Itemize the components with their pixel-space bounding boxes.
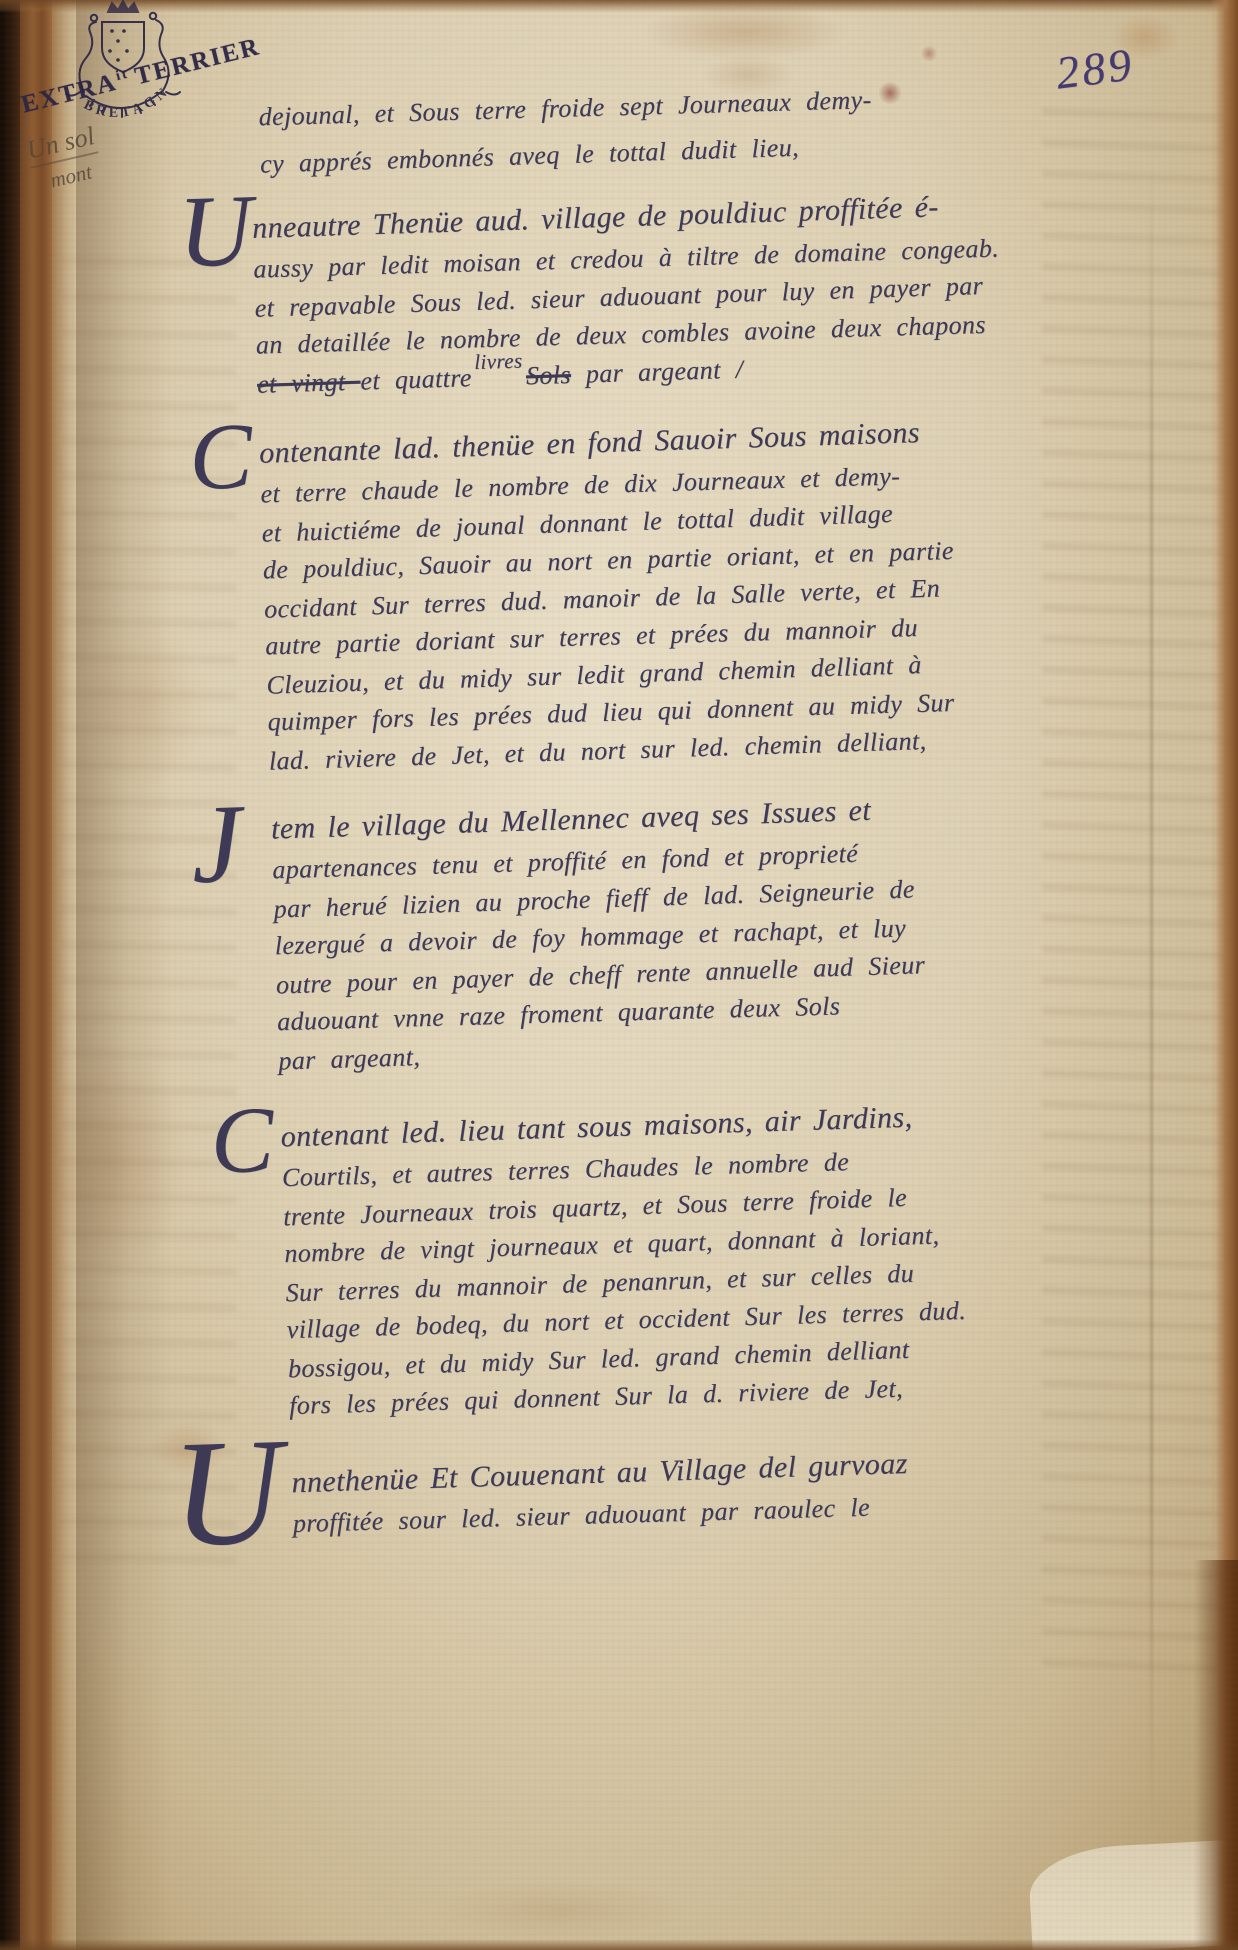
previous-entry-closing-lines: dejounal, et Sous terre froide sept Jour… bbox=[258, 70, 1062, 187]
interlinear-correction: livres bbox=[474, 342, 523, 381]
folio-number: 289 bbox=[1053, 37, 1137, 99]
left-page-edge bbox=[20, 0, 52, 1950]
manuscript-segment: et quattre bbox=[360, 363, 472, 395]
drop-cap-initial: C bbox=[188, 419, 253, 496]
drop-cap-initial: U bbox=[170, 1431, 284, 1556]
manuscript-segment: et vingt bbox=[257, 367, 361, 399]
binding-shadow bbox=[76, 0, 172, 1950]
entry-contenante-la-tenue: Contenante lad. thenüe en fond Sauoir So… bbox=[259, 405, 1082, 780]
paper-stain bbox=[430, 1880, 690, 1940]
manuscript-page: BRETAGNE EXTRAitTERRIER Un sol mont 289 … bbox=[0, 0, 1238, 1950]
entry-contenant-le-lieu: Contenant led. lieu tant sous maisons, a… bbox=[280, 1089, 1101, 1426]
book-spine-edge bbox=[0, 0, 22, 1950]
right-page-edge-dark bbox=[1194, 1560, 1238, 1950]
bottom-page-edge bbox=[0, 1939, 1238, 1950]
paper-crease bbox=[1150, 150, 1153, 1830]
left-page-edge-torn bbox=[50, 0, 78, 1950]
drop-cap-initial: U bbox=[177, 190, 253, 274]
entry-item-village-mellennec: Jtem le village du Mellennec aveq ses Is… bbox=[270, 781, 1090, 1080]
manuscript-text: dejounal, et Sous terre froide sept Jour… bbox=[248, 70, 1105, 1544]
drop-cap-initial: C bbox=[210, 1103, 275, 1180]
manuscript-segment: par argeant / bbox=[570, 355, 743, 389]
entry-une-tenue-gurvoaz: Unnethenüe Et Couuenant au Village del g… bbox=[291, 1435, 1105, 1544]
paper-stain bbox=[920, 46, 938, 61]
drop-cap-initial: J bbox=[190, 800, 243, 891]
manuscript-segment: Sols bbox=[526, 360, 572, 390]
entry-une-autre-tenue-pouldiuc: Unneautre Thenüe aud. village de pouldiu… bbox=[251, 180, 1069, 404]
